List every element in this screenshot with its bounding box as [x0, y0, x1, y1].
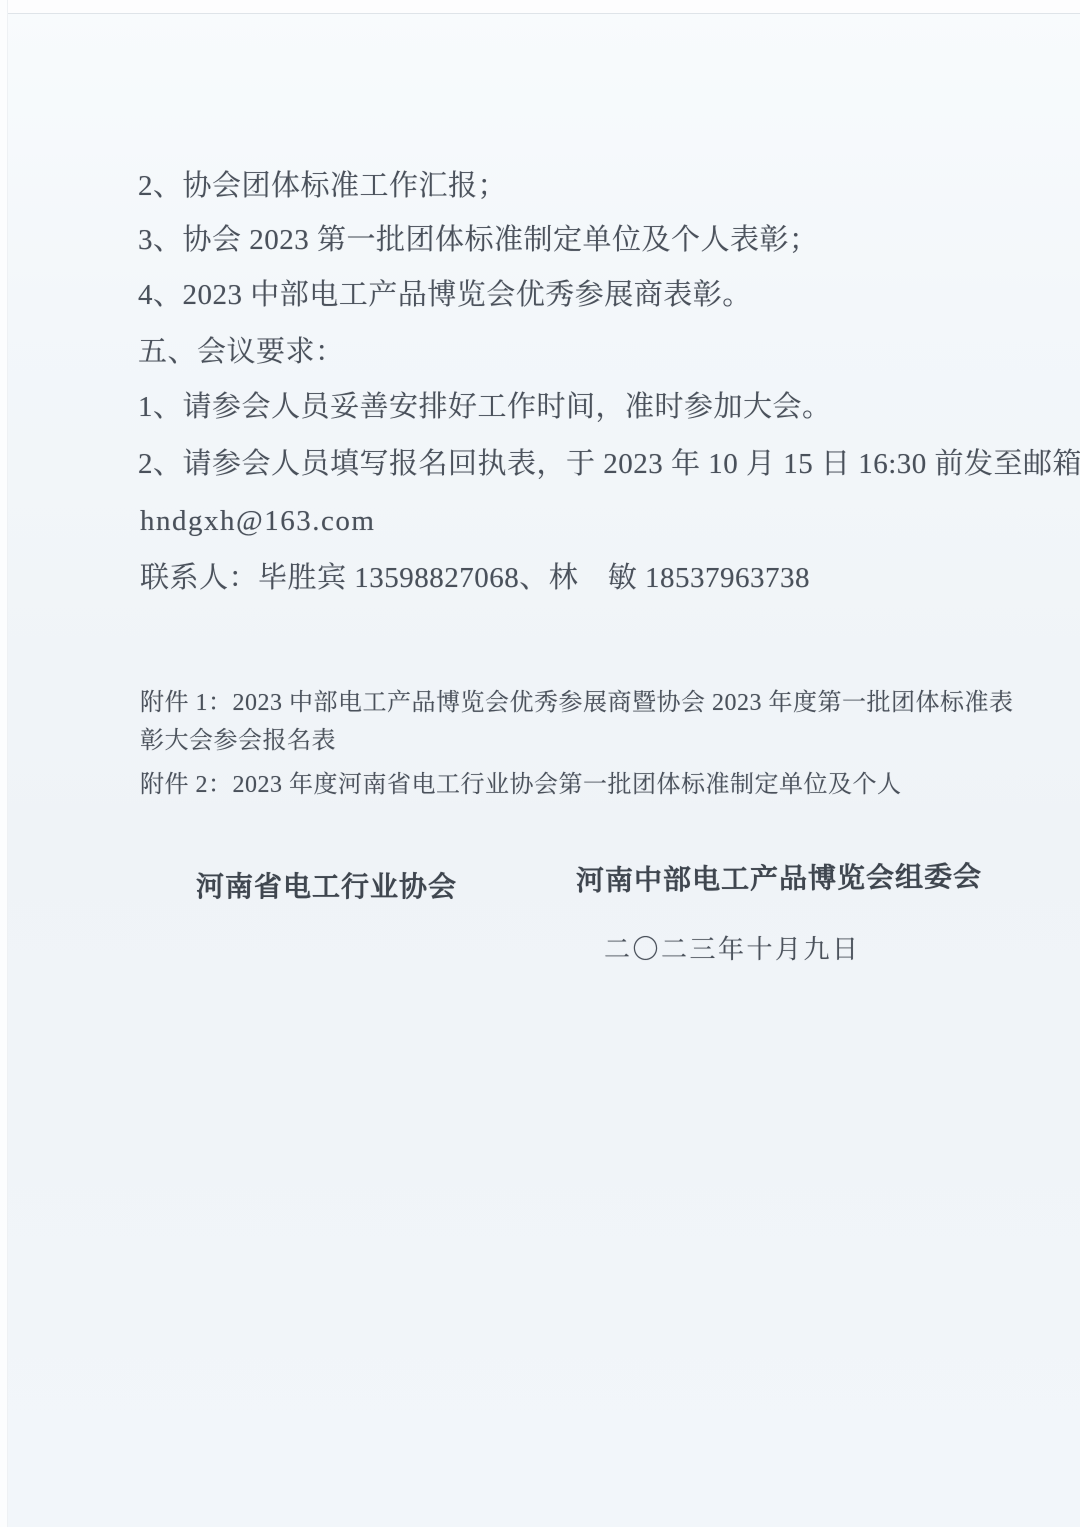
- page-top-edge: [0, 0, 1080, 14]
- signature-expo-committee: 河南中部电工产品博览会组委会: [576, 860, 982, 900]
- document-date: 二〇二三年十月九日: [604, 932, 861, 968]
- section-heading-meeting-requirements: 五、会议要求：: [138, 334, 345, 370]
- page-left-edge: [0, 0, 8, 1527]
- agenda-item-2: 2、协会团体标准工作汇报；: [138, 168, 507, 204]
- signature-association: 河南省电工行业协会: [196, 870, 457, 906]
- attachment-2-line: 附件 2：2023 年度河南省电工行业协会第一批团体标准制定单位及个人: [140, 766, 1024, 804]
- agenda-item-4: 4、2023 中部电工产品博览会优秀参展商表彰。: [138, 277, 752, 313]
- email-address: hndgxh@163.com: [140, 503, 375, 539]
- contact-persons-line: 联系人：毕胜宾 13598827068、林 敏 18537963738: [140, 560, 810, 596]
- attachment-1-line: 附件 1：2023 中部电工产品博览会优秀参展商暨协会 2023 年度第一批团体…: [140, 684, 1024, 760]
- requirement-item-1: 1、请参会人员妥善安排好工作时间，准时参加大会。: [138, 389, 832, 425]
- agenda-item-3: 3、协会 2023 第一批团体标准制定单位及个人表彰；: [138, 222, 819, 258]
- document-page: 2、协会团体标准工作汇报； 3、协会 2023 第一批团体标准制定单位及个人表彰…: [0, 0, 1080, 1527]
- requirement-item-2: 2、请参会人员填写报名回执表，于 2023 年 10 月 15 日 16:30 …: [138, 446, 1080, 482]
